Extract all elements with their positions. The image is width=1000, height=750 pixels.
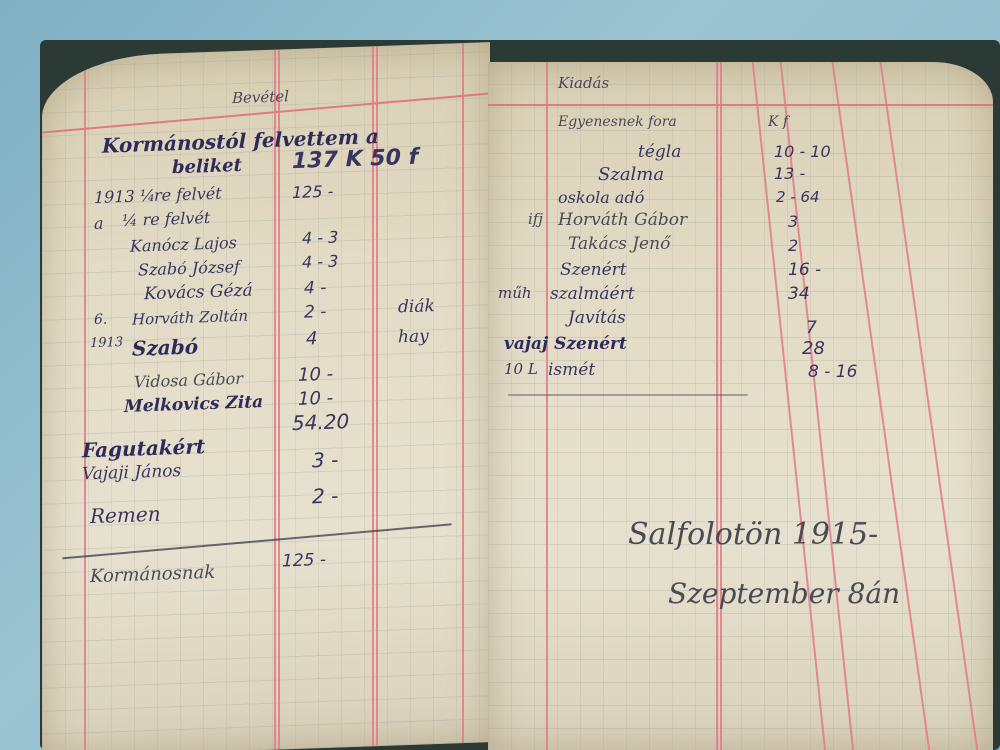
entry-note: diák	[398, 296, 435, 317]
entry-name: vajaj Szenért	[504, 334, 627, 354]
entry-prefix: ifj	[528, 210, 543, 228]
entry-amount: 4 -	[304, 278, 326, 299]
entry-name: szalmáért	[550, 284, 635, 304]
intro-amount: 137 K 50 f	[292, 145, 418, 174]
entry-amount: 7	[806, 318, 817, 338]
entry-amount: 2 - 64	[776, 188, 820, 206]
column-header-amount: K f	[768, 114, 788, 130]
entry-amount: 28	[802, 338, 825, 359]
entry-date: 1913	[90, 335, 123, 351]
entry-amount: 8 - 16	[808, 362, 857, 382]
signature-place-year: Salfolotön 1915-	[628, 517, 878, 552]
left-page: Bevétel Kormánostól felvettem a beliket …	[42, 42, 490, 750]
entry-name: Szenért	[560, 260, 627, 280]
page-heading: Bevétel	[232, 87, 289, 107]
entry-date: 1913 ¼	[94, 186, 155, 207]
entry-amount: 10 -	[298, 388, 333, 410]
entry-name: Szabó József	[138, 257, 240, 280]
entry-name: oskola adó	[558, 188, 644, 207]
intro-line-2: beliket	[172, 155, 242, 178]
entry-amount: 54.20	[292, 409, 349, 435]
entry-name: Takács Jenő	[568, 234, 670, 254]
entry-prefix: 10 L	[504, 360, 538, 378]
entry-name: Remen	[90, 502, 161, 528]
entry-amount: 13 -	[774, 164, 805, 183]
entry-name: Vidosa Gábor	[134, 369, 243, 392]
entry-amount: 34	[788, 284, 810, 304]
entry-prefix: műh	[498, 284, 532, 302]
entry-name: Szabó	[132, 334, 198, 360]
entry-amount: 3	[788, 212, 798, 231]
entry-name: Fagutakért	[82, 434, 205, 462]
entry-name: tégla	[638, 142, 681, 162]
entry-name: Javítás	[568, 308, 626, 328]
entry-amount: 2	[788, 236, 798, 255]
header-rule	[488, 104, 993, 106]
entry-name: Kanócz Lajos	[130, 233, 237, 256]
ledger-book: Bevétel Kormánostól felvettem a beliket …	[40, 40, 1000, 750]
entry-amount: 3 -	[312, 447, 338, 472]
entry-name: Vajaji János	[82, 461, 181, 484]
entry-amount: 4	[306, 328, 317, 349]
entry-amount: 10 -	[298, 364, 333, 386]
entry-amount: 2 -	[304, 302, 326, 323]
signature-date: Szeptember 8án	[668, 577, 900, 610]
entry-name: ismét	[548, 360, 595, 380]
entry-name: Kovács Gézá	[144, 280, 253, 304]
entry-amount: 10 - 10	[774, 142, 831, 161]
page-heading: Kiadás	[558, 74, 609, 92]
entry-amount: 16 -	[788, 260, 821, 280]
entry-amount: 4 - 3	[302, 227, 338, 247]
entry-note: hay	[398, 326, 429, 347]
entry-amount: 2 -	[312, 483, 338, 508]
entry-amount: 125 -	[292, 182, 333, 202]
entry-date: a	[94, 214, 104, 233]
entry-name: Horváth Gábor	[558, 210, 687, 230]
entry-date: 6.	[94, 312, 107, 328]
entry-name: Szalma	[598, 164, 664, 185]
total-label: Kormánosnak	[90, 562, 215, 587]
section-divider	[508, 394, 748, 396]
entry-name: ¼ re felvét	[122, 208, 210, 230]
total-amount: 125 -	[282, 550, 326, 572]
entry-name: re felvét	[154, 184, 222, 205]
column-header-item: Egyenesnek fora	[558, 114, 677, 130]
entry-amount: 4 - 3	[302, 251, 338, 271]
right-page: Kiadás Egyenesnek fora K f tégla 10 - 10…	[488, 62, 993, 750]
